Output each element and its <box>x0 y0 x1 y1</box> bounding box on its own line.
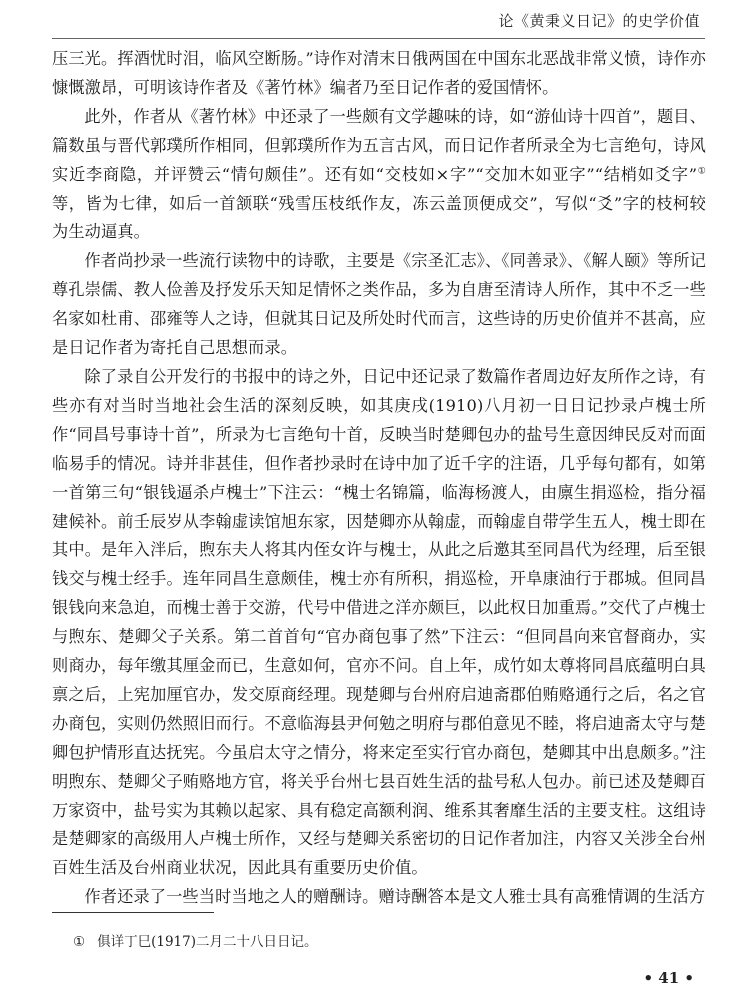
footnote-reference[interactable]: ① <box>697 166 706 176</box>
body-text: 压三光。挥酒忧时泪，临风空断肠。”诗作对清末日俄两国在中国东北恶战非常义愤，诗作… <box>52 45 706 912</box>
footnote-mark: ① <box>73 934 85 950</box>
paragraph-poems-zhuzhulin: 此外，作者从《著竹林》中还录了一些颇有文学趣味的诗，如“游仙诗十四首”，题目、篇… <box>52 103 706 248</box>
paragraph-text-after-ref: 等，皆为七律，如后一首颔联“残雪压枝纸作友，冻云盖顶便成交”，写似“爻”字的枝柯… <box>52 194 706 242</box>
footnote-rule <box>52 912 214 913</box>
paragraph-text-before-ref: 此外，作者从《著竹林》中还录了一些颇有文学趣味的诗，如“游仙诗十四首”，题目、篇… <box>52 107 706 184</box>
book-page: 论《黄秉义日记》的史学价值 压三光。挥酒忧时泪，临风空断肠。”诗作对清末日俄两国… <box>0 0 750 1000</box>
page-number: • 41 • <box>644 969 695 987</box>
running-header-title: 论《黄秉义日记》的史学价值 <box>498 10 700 31</box>
paragraph-popular-readings: 作者尚抄录一些流行读物中的诗歌，主要是《宗圣汇志》、《同善录》、《解人颐》等所记… <box>52 247 706 363</box>
paragraph-exchange-poems: 作者还录了一些当时当地之人的赠酬诗。赠诗酬答本是文人雅士具有高雅情调的生活方 <box>52 883 706 912</box>
footnote-1: ①俱详丁巳(1917)二月二十八日日记。 <box>73 930 318 950</box>
footnote-text: 俱详丁巳(1917)二月二十八日日记。 <box>97 934 317 950</box>
paragraph-continuation: 压三光。挥酒忧时泪，临风空断肠。”诗作对清末日俄两国在中国东北恶战非常义愤，诗作… <box>52 45 706 103</box>
paragraph-friends-poems: 除了录自公开发行的书报中的诗之外，日记中还记录了数篇作者周边好友所作之诗，有些亦… <box>52 363 706 883</box>
header-rule <box>52 38 705 39</box>
